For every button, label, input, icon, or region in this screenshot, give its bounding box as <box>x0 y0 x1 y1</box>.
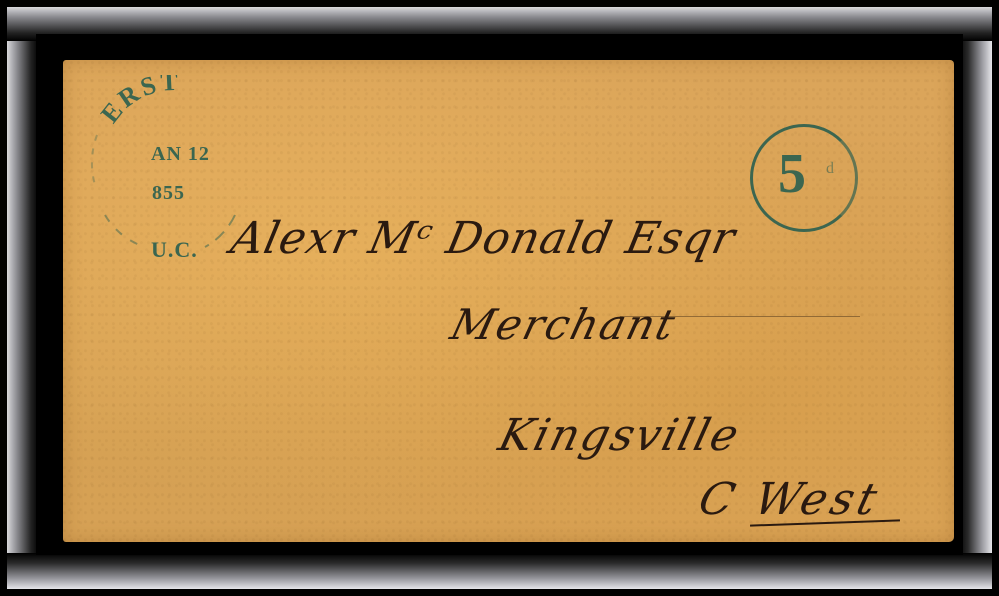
postmark-date: AN 12 <box>151 143 329 166</box>
address-occupation: Merchant <box>446 300 682 349</box>
address-recipient: Alexr Mᶜ Donald Esqr <box>227 213 741 264</box>
postmark-year: 855 <box>152 182 330 205</box>
postmark-town: ERST <box>95 75 181 128</box>
address-town: Kingsville <box>494 410 746 461</box>
rate-marking-value: 5 <box>778 146 806 202</box>
address-region: C West <box>694 474 886 525</box>
rate-marking-suffix: d <box>826 160 834 178</box>
svg-text:ERST: ERST <box>95 75 181 128</box>
